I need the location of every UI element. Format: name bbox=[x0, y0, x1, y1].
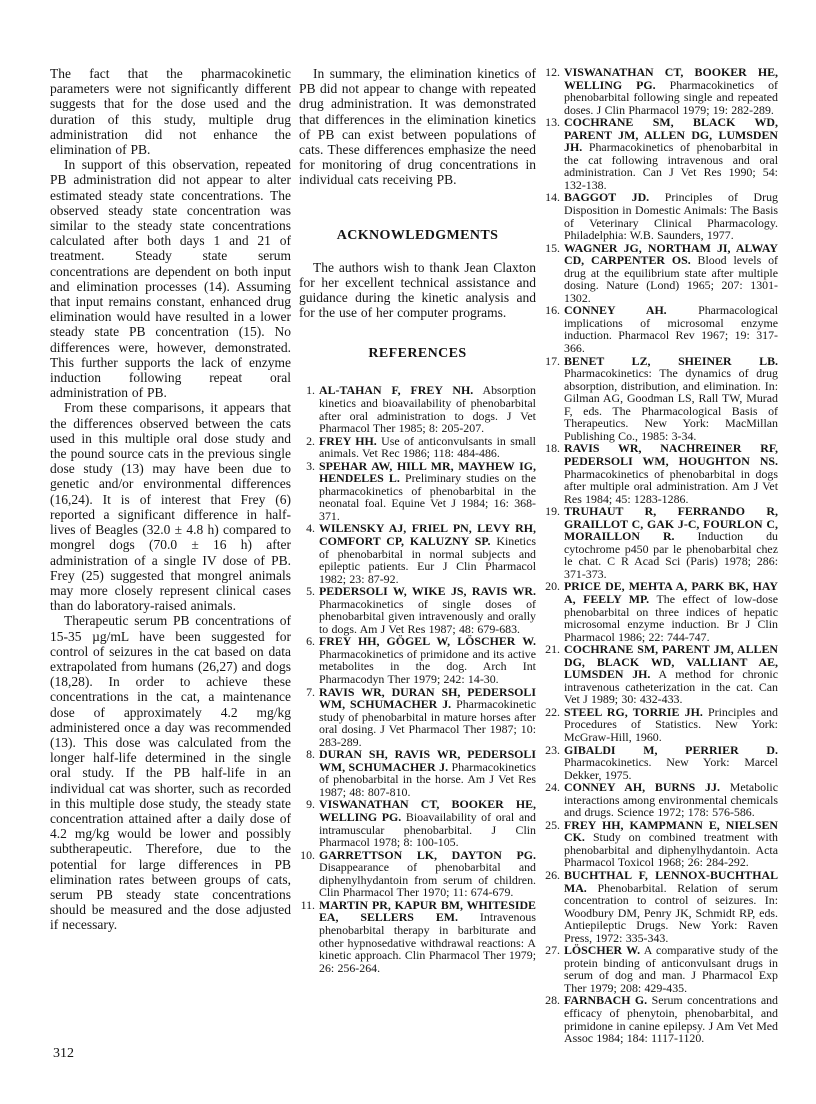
reference-item: 14.BAGGOT JD. Principles of Drug Disposi… bbox=[544, 191, 778, 241]
reference-item: 28.FARNBACH G. Serum concentrations and … bbox=[544, 994, 778, 1044]
reference-text: Study on combined treatment with phenoba… bbox=[564, 830, 778, 869]
body-paragraph: From these comparisons, it appears that … bbox=[50, 400, 291, 613]
reference-item: 10.GARRETTSON LK, DAYTON PG. Disappearan… bbox=[299, 849, 536, 899]
reference-number: 15. bbox=[544, 242, 560, 255]
reference-item: 6.FREY HH, GÖGEL W, LÖSCHER W. Pharmacok… bbox=[299, 635, 536, 685]
reference-number: 5. bbox=[299, 585, 315, 598]
body-paragraph: In summary, the elimination kinetics of … bbox=[299, 66, 536, 188]
reference-item: 11.MARTIN PR, KAPUR BM, WHITESIDE EA, SE… bbox=[299, 899, 536, 974]
reference-number: 11. bbox=[299, 899, 315, 912]
three-column-layout: The fact that the pharmacokinetic parame… bbox=[50, 66, 778, 1045]
reference-number: 20. bbox=[544, 580, 560, 593]
reference-item: 18.RAVIS WR, NACHREINER RF, PEDERSOLI WM… bbox=[544, 442, 778, 505]
reference-item: 4.WILENSKY AJ, FRIEL PN, LEVY RH, COMFOR… bbox=[299, 522, 536, 585]
reference-number: 13. bbox=[544, 116, 560, 129]
reference-item: 7.RAVIS WR, DURAN SH, PEDERSOLI WM, SCHU… bbox=[299, 686, 536, 749]
reference-number: 1. bbox=[299, 384, 315, 397]
reference-item: 17.BENET LZ, SHEINER LB. Pharmacokinetic… bbox=[544, 355, 778, 443]
reference-item: 27.LÖSCHER W. A comparative study of the… bbox=[544, 944, 778, 994]
reference-number: 23. bbox=[544, 744, 560, 757]
reference-number: 17. bbox=[544, 355, 560, 368]
reference-number: 3. bbox=[299, 460, 315, 473]
reference-number: 6. bbox=[299, 635, 315, 648]
reference-item: 1.AL-TAHAN F, FREY NH. Absorption kineti… bbox=[299, 384, 536, 434]
reference-item: 2.FREY HH. Use of anticonvulsants in sma… bbox=[299, 435, 536, 460]
reference-number: 9. bbox=[299, 798, 315, 811]
reference-list-1-11: 1.AL-TAHAN F, FREY NH. Absorption kineti… bbox=[299, 384, 536, 974]
reference-number: 28. bbox=[544, 994, 560, 1007]
reference-number: 22. bbox=[544, 706, 560, 719]
reference-number: 25. bbox=[544, 819, 560, 832]
reference-item: 12.VISWANATHAN CT, BOOKER HE, WELLING PG… bbox=[544, 66, 778, 116]
reference-number: 16. bbox=[544, 304, 560, 317]
acknowledgments-heading: ACKNOWLEDGMENTS bbox=[299, 228, 536, 244]
journal-article-page: The fact that the pharmacokinetic parame… bbox=[0, 0, 816, 1104]
reference-number: 12. bbox=[544, 66, 560, 79]
reference-text: Phenobarbital. Relation of serum concent… bbox=[564, 881, 778, 945]
reference-number: 21. bbox=[544, 643, 560, 656]
reference-number: 18. bbox=[544, 442, 560, 455]
reference-item: 24.CONNEY AH, BURNS JJ. Metabolic intera… bbox=[544, 781, 778, 819]
reference-number: 2. bbox=[299, 435, 315, 448]
reference-number: 24. bbox=[544, 781, 560, 794]
reference-item: 26.BUCHTHAL F, LENNOX-BUCHTHAL MA. Pheno… bbox=[544, 869, 778, 944]
reference-number: 26. bbox=[544, 869, 560, 882]
reference-item: 3.SPEHAR AW, HILL MR, MAYHEW IG, HENDELE… bbox=[299, 460, 536, 523]
reference-number: 19. bbox=[544, 505, 560, 518]
column-middle: In summary, the elimination kinetics of … bbox=[299, 66, 536, 1045]
page-number: 312 bbox=[53, 1046, 74, 1062]
reference-item: 16.CONNEY AH. Pharmacological implicatio… bbox=[544, 304, 778, 354]
reference-text: Pharmacokinetics of primidone and its ac… bbox=[319, 647, 536, 686]
column-right: 12.VISWANATHAN CT, BOOKER HE, WELLING PG… bbox=[544, 66, 778, 1045]
reference-text: Pharmacokinetics of phenobarbital in dog… bbox=[564, 467, 778, 506]
reference-item: 5.PEDERSOLI W, WIKE JS, RAVIS WR. Pharma… bbox=[299, 585, 536, 635]
reference-text: Pharmacokinetics. New York: Marcel Dekke… bbox=[564, 755, 778, 782]
reference-item: 13.COCHRANE SM, BLACK WD, PARENT JM, ALL… bbox=[544, 116, 778, 191]
reference-item: 15.WAGNER JG, NORTHAM JI, ALWAY CD, CARP… bbox=[544, 242, 778, 305]
reference-item: 20.PRICE DE, MEHTA A, PARK BK, HAY A, FE… bbox=[544, 580, 778, 643]
reference-authors: RAVIS WR, NACHREINER RF, PEDERSOLI WM, H… bbox=[564, 441, 778, 468]
reference-item: 9.VISWANATHAN CT, BOOKER HE, WELLING PG.… bbox=[299, 798, 536, 848]
reference-number: 27. bbox=[544, 944, 560, 957]
summary-paragraphs: In summary, the elimination kinetics of … bbox=[299, 66, 536, 188]
reference-number: 14. bbox=[544, 191, 560, 204]
reference-list-12-28: 12.VISWANATHAN CT, BOOKER HE, WELLING PG… bbox=[544, 66, 778, 1045]
reference-text: Pharmacokinetics of phenobarbital in the… bbox=[564, 140, 778, 192]
reference-text: Pharmacokinetics of single doses of phen… bbox=[319, 597, 536, 636]
reference-number: 10. bbox=[299, 849, 315, 862]
reference-item: 22.STEEL RG, TORRIE JH. Principles and P… bbox=[544, 706, 778, 744]
discussion-paragraphs: The fact that the pharmacokinetic parame… bbox=[50, 66, 291, 933]
reference-item: 21.COCHRANE SM, PARENT JM, ALLEN DG, BLA… bbox=[544, 643, 778, 706]
body-paragraph: In support of this observation, repeated… bbox=[50, 157, 291, 400]
body-paragraph: The fact that the pharmacokinetic parame… bbox=[50, 66, 291, 157]
body-paragraph: Therapeutic serum PB concentrations of 1… bbox=[50, 613, 291, 932]
reference-number: 8. bbox=[299, 748, 315, 761]
references-heading: REFERENCES bbox=[299, 346, 536, 362]
acknowledgments-paragraph: The authors wish to thank Jean Claxton f… bbox=[299, 260, 536, 321]
reference-item: 8.DURAN SH, RAVIS WR, PEDERSOLI WM, SCHU… bbox=[299, 748, 536, 798]
reference-item: 23.GIBALDI M, PERRIER D. Pharmacokinetic… bbox=[544, 744, 778, 782]
reference-text: Pharmacokinetics: The dynamics of drug a… bbox=[564, 366, 778, 443]
reference-item: 19.TRUHAUT R, FERRANDO R, GRAILLOT C, GA… bbox=[544, 505, 778, 580]
reference-text: Disappearance of phenobarbital and diphe… bbox=[319, 860, 536, 899]
column-left: The fact that the pharmacokinetic parame… bbox=[50, 66, 291, 1045]
reference-item: 25.FREY HH, KAMPMANN E, NIELSEN CK. Stud… bbox=[544, 819, 778, 869]
reference-number: 4. bbox=[299, 522, 315, 535]
reference-number: 7. bbox=[299, 686, 315, 699]
